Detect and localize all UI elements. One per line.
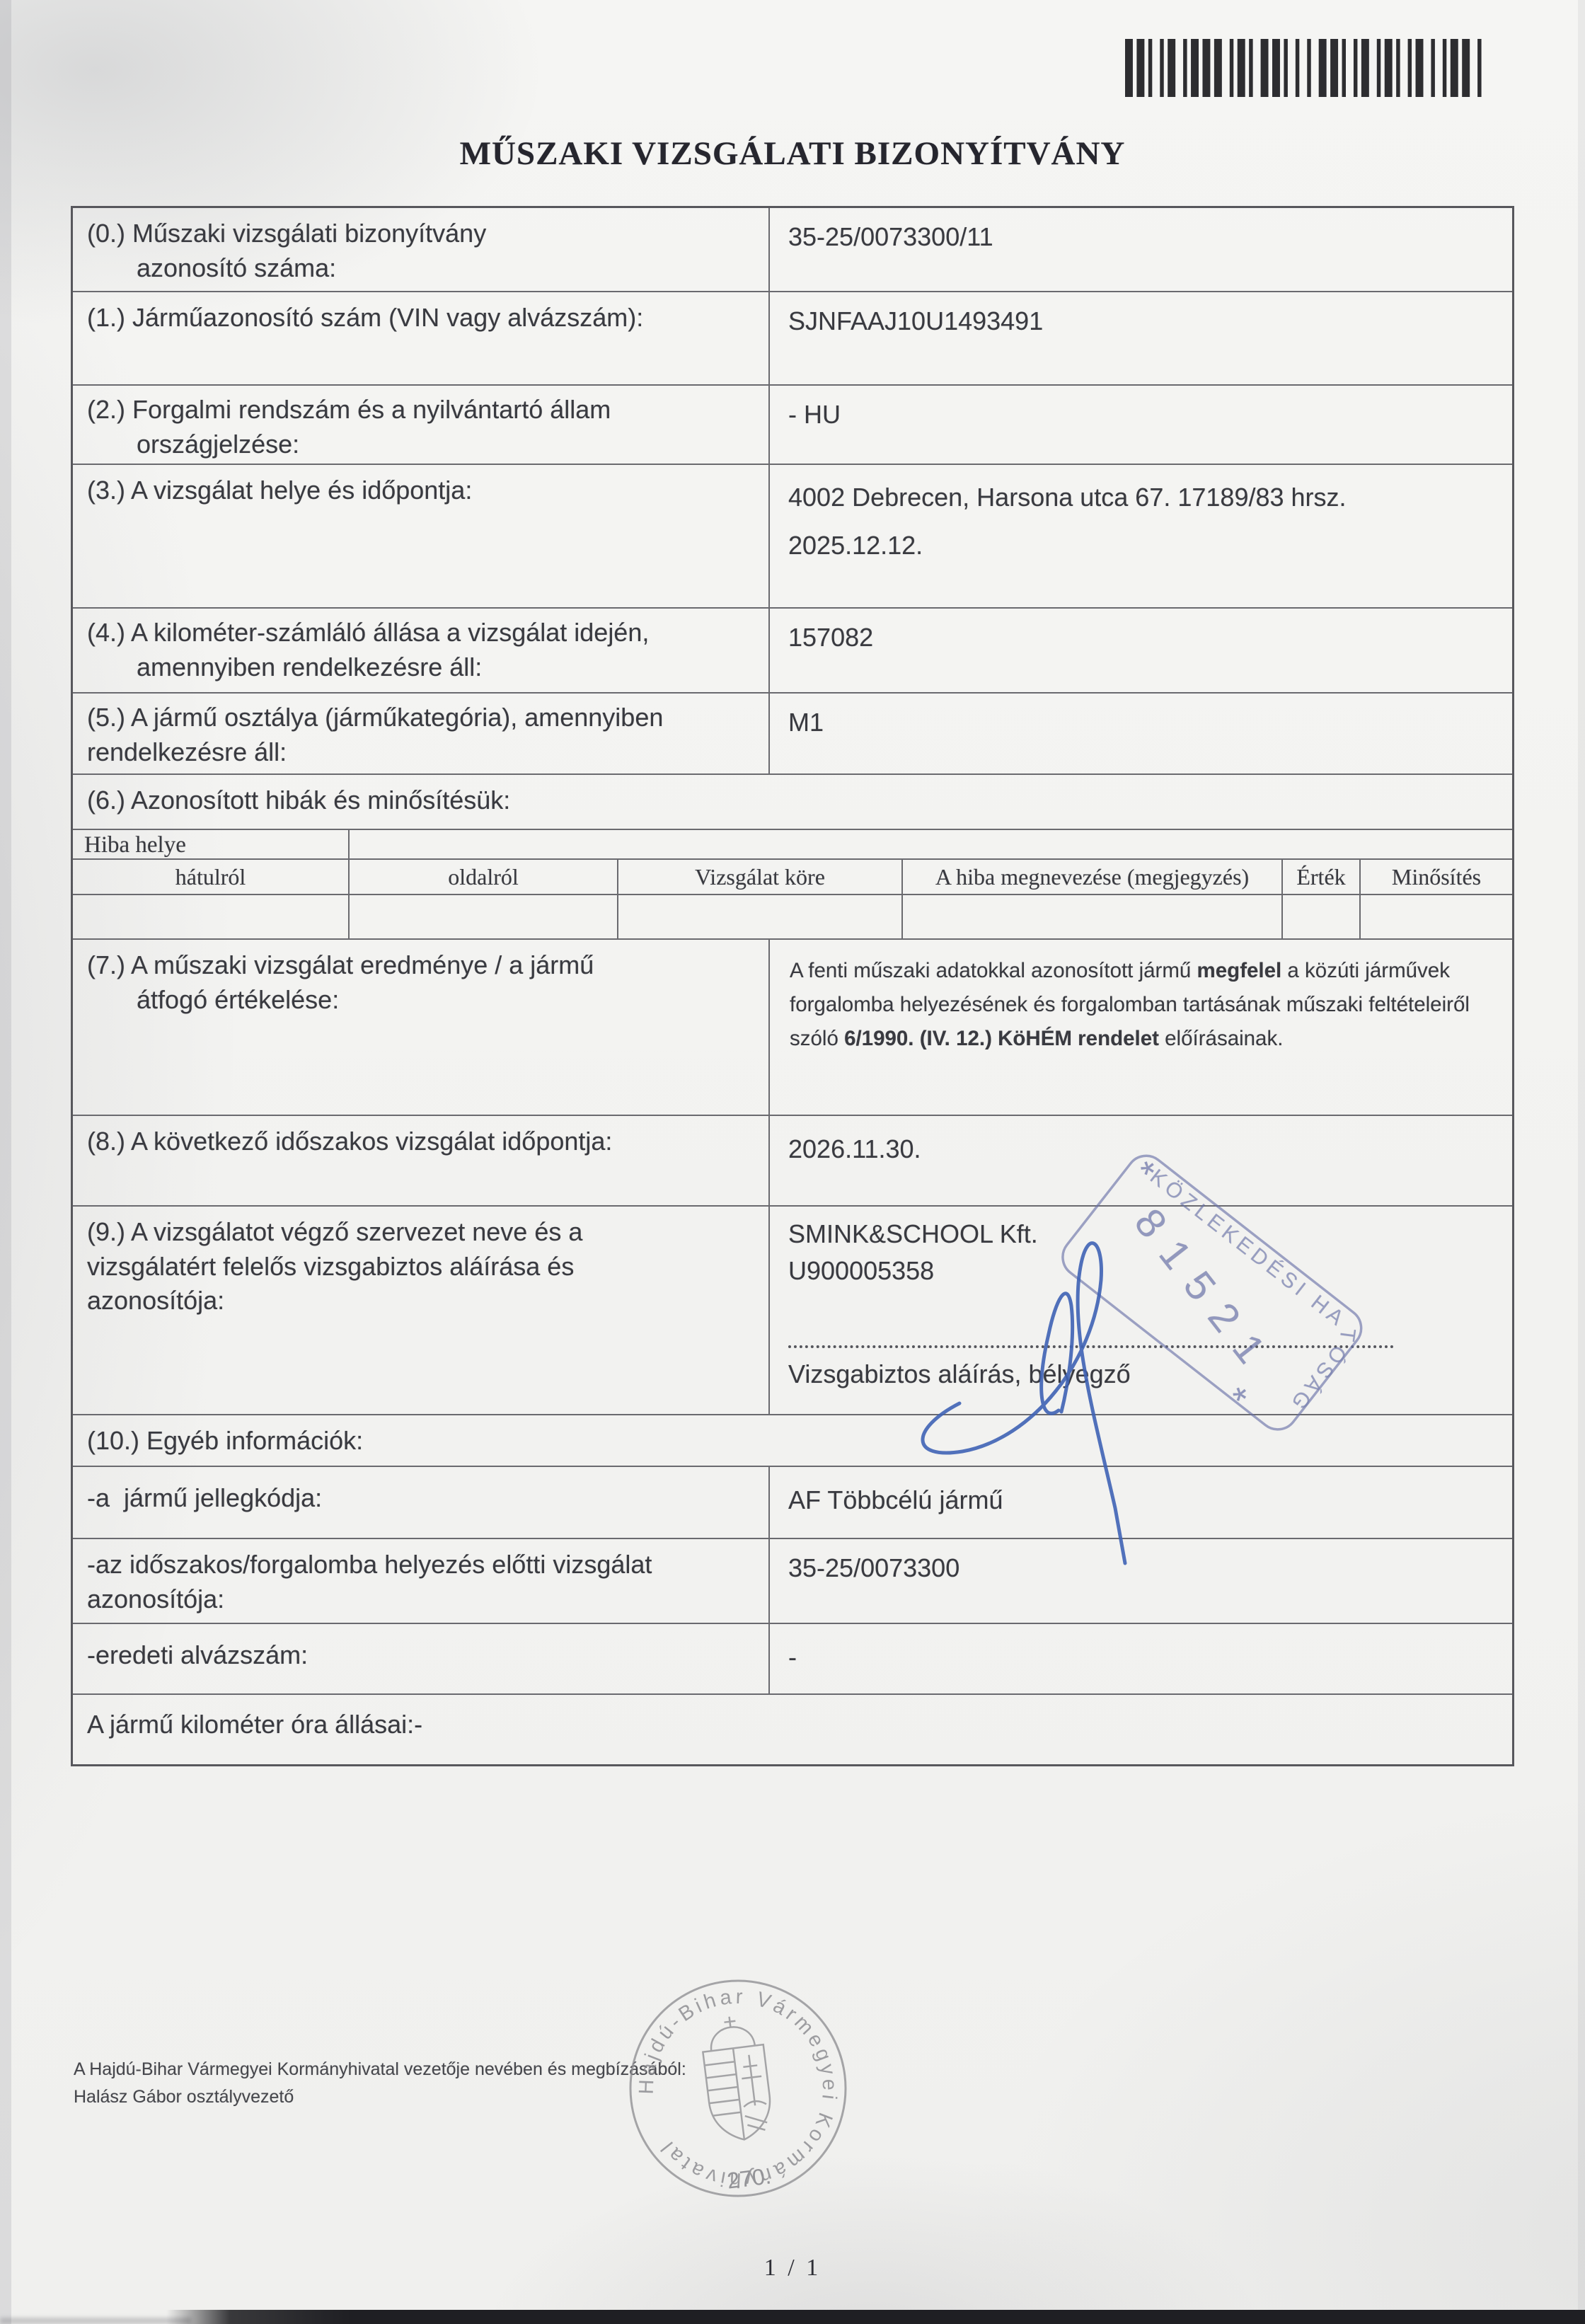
coat-of-arms-icon — [699, 2013, 775, 2144]
inspector-label: (9.) A vizsgálatot végző szervezet neve … — [73, 1207, 770, 1414]
field-0-label: (0.) Műszaki vizsgálati bizonyítvány azo… — [73, 208, 770, 291]
defects-group-header-row: Hiba helye — [73, 829, 1512, 858]
field-0-value: 35-25/0073300/11 — [770, 208, 1512, 291]
other-info-2-label: -eredeti alvázszám: — [73, 1624, 770, 1693]
defects-empty-cell — [618, 895, 903, 938]
defects-section-header-row: (6.) Azonosított hibák és minősítésük: — [73, 773, 1512, 829]
other-info-1-label: -az időszakos/forgalomba helyezés előtti… — [73, 1539, 770, 1623]
defects-empty-cell — [1283, 895, 1361, 938]
table-row: (4.) A kilométer-számláló állása a vizsg… — [73, 607, 1512, 692]
handwritten-signature — [876, 1175, 1329, 1572]
footer-line-1: A Hajdú-Bihar Vármegyei Kormányhivatal v… — [74, 2056, 686, 2083]
table-row: (3.) A vizsgálat helye és időpontja: 400… — [73, 464, 1512, 607]
inspector-row: (9.) A vizsgálatot végző szervezet neve … — [73, 1205, 1512, 1414]
inspector-cell: SMINK&SCHOOL Kft. U900005358 Vizsgabizto… — [770, 1207, 1512, 1414]
defects-col-vizsgalat-kore: Vizsgálat köre — [618, 860, 903, 894]
seal-number: 270. — [725, 2163, 772, 2193]
defects-column-header-row: hátulról oldalról Vizsgálat köre A hiba … — [73, 858, 1512, 894]
field-2-value: - HU — [770, 386, 1512, 464]
table-row: -eredeti alvázszám: - — [73, 1623, 1512, 1693]
odometer-line: A jármű kilométer óra állásai:- — [73, 1695, 1512, 1764]
field-4-label: (4.) A kilométer-számláló állása a vizsg… — [73, 609, 770, 692]
defects-col-hiba-megnevezese: A hiba megnevezése (megjegyzés) — [903, 860, 1283, 894]
defects-empty-cell — [350, 895, 618, 938]
field-5-value: M1 — [770, 694, 1512, 773]
page-title: MŰSZAKI VIZSGÁLATI BIZONYÍTVÁNY — [0, 136, 1585, 173]
field-1-value: SJNFAAJ10U1493491 — [770, 292, 1512, 384]
result-label: (7.) A műszaki vizsgálat eredménye / a j… — [73, 940, 770, 1115]
defects-empty-cell — [73, 895, 350, 938]
odometer-row: A jármű kilométer óra állásai:- — [73, 1693, 1512, 1764]
defects-empty-cell — [1361, 895, 1512, 938]
certificate-table: (0.) Műszaki vizsgálati bizonyítvány azo… — [71, 206, 1514, 1766]
defects-group-header-spacer — [350, 830, 1512, 858]
field-1-label: (1.) Járműazonosító szám (VIN vagy alváz… — [73, 292, 770, 384]
table-row: (0.) Műszaki vizsgálati bizonyítvány azo… — [73, 208, 1512, 291]
field-5-label: (5.) A jármű osztálya (járműkategória), … — [73, 694, 770, 773]
footer-note: A Hajdú-Bihar Vármegyei Kormányhivatal v… — [74, 2056, 686, 2111]
defects-col-hatulrol: hátulról — [73, 860, 350, 894]
result-row: (7.) A műszaki vizsgálat eredménye / a j… — [73, 938, 1512, 1115]
other-info-2-value: - — [770, 1624, 1512, 1693]
field-3-label: (3.) A vizsgálat helye és időpontja: — [73, 465, 770, 607]
defects-empty-cell — [903, 895, 1283, 938]
official-round-seal: Hajdú-Bihar Vármegyei Kormányhivatal 270… — [608, 1958, 868, 2219]
defects-group-header: Hiba helye — [73, 830, 350, 858]
field-4-value: 157082 — [770, 609, 1512, 692]
table-row: (2.) Forgalmi rendszám és a nyilvántartó… — [73, 384, 1512, 464]
scanned-document-page: MŰSZAKI VIZSGÁLATI BIZONYÍTVÁNY (0.) Műs… — [0, 0, 1585, 2324]
footer-line-2: Halász Gábor osztályvezető — [74, 2083, 686, 2111]
field-8-label: (8.) A következő időszakos vizsgálat idő… — [73, 1116, 770, 1205]
defects-col-minosites: Minősítés — [1361, 860, 1512, 894]
page-number: 1 / 1 — [0, 2255, 1585, 2282]
result-paragraph: A fenti műszaki adatokkal azonosított já… — [770, 940, 1512, 1115]
scan-edge-shadow-left — [0, 0, 11, 2324]
field-2-label: (2.) Forgalmi rendszám és a nyilvántartó… — [73, 386, 770, 464]
other-info-0-label: -a jármű jellegkódja: — [73, 1467, 770, 1538]
field-3-value: 4002 Debrecen, Harsona utca 67. 17189/83… — [770, 465, 1512, 607]
table-row: (1.) Járműazonosító szám (VIN vagy alváz… — [73, 291, 1512, 384]
field-6-label: (6.) Azonosított hibák és minősítésük: — [73, 775, 1512, 829]
scan-artifact-band-faint — [0, 2318, 191, 2324]
scan-artifact-band — [166, 2310, 1585, 2324]
defects-empty-row — [73, 894, 1512, 938]
table-row: (5.) A jármű osztálya (járműkategória), … — [73, 692, 1512, 773]
defects-col-ertek: Érték — [1283, 860, 1361, 894]
scan-edge-shadow-right — [1578, 0, 1585, 2324]
barcode — [1125, 39, 1493, 97]
defects-col-oldalrol: oldalról — [350, 860, 618, 894]
